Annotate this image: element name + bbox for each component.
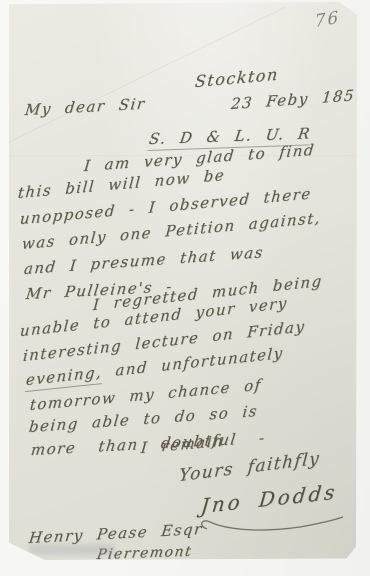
show-through-mark bbox=[29, 544, 115, 555]
underlined-word: evening, bbox=[25, 363, 103, 392]
addressee-name: Henry Pease Esqr bbox=[28, 520, 204, 547]
letter-salutation: My dear Sir bbox=[24, 95, 147, 119]
signature: Jno Dodds bbox=[200, 479, 339, 518]
letter-paper: 76 Stockton 23 Feby 1857 My dear Sir S. … bbox=[9, 2, 357, 560]
scanned-letter-page: 76 Stockton 23 Feby 1857 My dear Sir S. … bbox=[0, 0, 370, 576]
letter-date: 23 Feby 1857 bbox=[230, 85, 367, 113]
folio-number: 76 bbox=[315, 7, 341, 32]
signature-flourish bbox=[195, 516, 345, 534]
letter-place: Stockton bbox=[194, 65, 279, 92]
letter-valediction: Yours faithfly bbox=[178, 448, 321, 486]
